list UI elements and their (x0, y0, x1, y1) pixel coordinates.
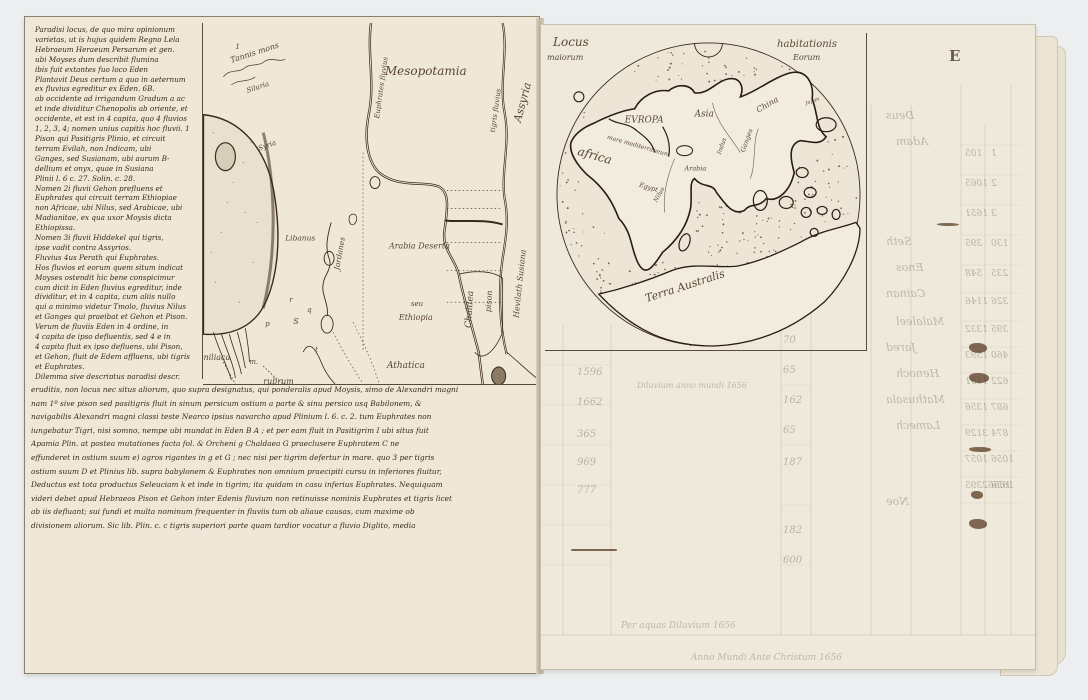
text-line: Fluvius 4us Perath qui Euphrates. (35, 253, 198, 263)
bleed-name: Adam (896, 135, 928, 148)
ink-line (571, 549, 617, 551)
text-line: 4 capita de ipso defluentis, sed 4 e in (35, 332, 198, 342)
ink-blot (969, 373, 989, 383)
svg-text:1: 1 (235, 43, 239, 51)
bleed-name: Deus (886, 109, 914, 122)
bleed-number: 1146 (965, 297, 988, 307)
svg-text:Hevilath Susiana: Hevilath Susiana (512, 249, 528, 320)
notebook-spread: Paradisi locus, de quo mira opinionumvar… (0, 0, 1088, 700)
text-line: Moyses ostendit hic bene conspicimur (35, 273, 198, 283)
bleed-number: 162 (783, 395, 802, 406)
ink-blot (969, 447, 991, 452)
bleed-number: 1332 (965, 325, 988, 335)
text-line: Madianitae, ex qua uxor Moysis dicta (35, 213, 198, 223)
bleed-name: Henoch (896, 367, 939, 380)
bleed-number: 1596 (577, 367, 602, 378)
svg-text:Siluria: Siluria (245, 80, 270, 95)
bleed-number: 395 (965, 239, 982, 249)
corner-label-maiorum: maiorum (547, 53, 583, 62)
side-text-column: Paradisi locus, de quo mira opinionumvar… (31, 23, 203, 379)
bleed-number: 1057 (965, 455, 988, 465)
ink-blot (971, 491, 983, 499)
bleed-name: Noe (886, 495, 909, 508)
text-line: ubi Moyses dum describit flumina (35, 55, 198, 65)
svg-text:pison: pison (484, 290, 494, 312)
world-map-drawing: EVROPA Asia africa mare mediterraneum Eg… (545, 33, 866, 350)
text-line: videri debet apud Hebraeos Pison et Geho… (31, 492, 533, 506)
text-line: Plantavit Deus certum a quo in aeternum (35, 75, 198, 85)
text-line: Apamia Plin. at postea mutationes facta … (31, 437, 533, 451)
svg-text:seu: seu (411, 300, 423, 308)
bleed-number: 1065 (965, 179, 988, 189)
svg-text:EVROPA: EVROPA (624, 116, 664, 126)
text-line: Ethiopissa. (35, 223, 198, 233)
bleed-number: 65 (783, 425, 796, 436)
bleed-number: 969 (577, 457, 596, 468)
text-line: Dilemma sive descriptus paradisi descr. (35, 372, 198, 379)
bleed-number: 777 (577, 485, 596, 496)
text-line: cum dicit in Eden fluvius egreditur, ind… (35, 283, 198, 293)
bleed-number: 1356 (965, 403, 988, 413)
text-line: ab iis defluant; sui fundi et multa nomi… (31, 505, 533, 519)
paradise-map: Tannis mons Siluria 1 Syria Libanus Jord… (203, 23, 537, 385)
svg-text:Asia: Asia (694, 110, 714, 120)
corner-label-eorum: Eorum (793, 53, 820, 62)
svg-text:Mesopotamia: Mesopotamia (384, 64, 467, 78)
text-line: dividitur, et in 4 capita, cum aliis nul… (35, 292, 198, 302)
bleed-name: Mathusala (886, 393, 945, 406)
bleed-number: 600 (783, 555, 802, 566)
text-line: et Euphrates. (35, 362, 198, 372)
bleed-number: 548 (965, 269, 982, 279)
text-line: ab occidente ad irrigandum Gradum a ac (35, 94, 198, 104)
world-map-frame: EVROPA Asia africa mare mediterraneum Eg… (545, 33, 867, 351)
text-line: Nomen 3i fluvii Hiddekel qui tigris, (35, 233, 198, 243)
bleed-number: 3 (991, 209, 997, 219)
corner-label-locus: Locus (553, 35, 589, 49)
bleed-number: 130 (991, 239, 1008, 249)
bleed-number: 365 (577, 429, 596, 440)
bleed-number: 1651 (965, 209, 988, 219)
text-line: nam 1º sive pison sed pasitigris fluit i… (31, 397, 533, 411)
svg-text:m.: m. (249, 358, 258, 366)
right-page: DeusAdamSethEnosCainanMalaleelJaredHenoc… (540, 24, 1036, 670)
bleed-number: 460 (991, 351, 1008, 361)
text-line: iungebatur Tigri, nisi somno, nempe ubi … (31, 424, 533, 438)
text-line: Verum de fluviis Eden in 4 ordine, in (35, 322, 198, 332)
text-line: dellium et onyx, quae in Susiana (35, 164, 198, 174)
bleed-name: Seth (886, 235, 912, 248)
bleed-number: 16562395 (965, 481, 1011, 491)
bleed-name: Jared (886, 341, 916, 354)
text-line: Nomen 2i fluvii Gehon prefluens et (35, 184, 198, 194)
text-line: Hos fluvios et eorum quem situm indicat (35, 263, 198, 273)
bleed-number: 1 (991, 149, 997, 159)
bleed-footer-1: Per aquas Diluvium 1656 (621, 621, 736, 631)
text-line: navigabilis Alexandri magni classi teste… (31, 410, 533, 424)
text-line: varietas, ut is hujus quidem Regno Lela (35, 35, 198, 45)
text-line: ipse vadit contra Assyrios. (35, 243, 198, 253)
text-line: eruditis, non locus nec situs aliorum, q… (31, 383, 533, 397)
bleed-number: 65 (783, 365, 796, 376)
svg-text:Arabia: Arabia (684, 165, 707, 173)
svg-text:S: S (293, 317, 299, 326)
svg-text:Chaldea: Chaldea (464, 290, 477, 328)
ink-blot (969, 343, 987, 353)
svg-text:niliaca: niliaca (203, 353, 230, 362)
svg-text:Assyria: Assyria (511, 81, 534, 125)
page-letter: E (949, 47, 960, 65)
text-line: Paradisi locus, de quo mira opinionum (35, 25, 198, 35)
paradise-map-drawing: Tannis mons Siluria 1 Syria Libanus Jord… (203, 23, 537, 384)
bleed-number: 326 (991, 297, 1008, 307)
text-line: terram Evilah, non Indicam, ubi (35, 144, 198, 154)
text-line: non Africae, ubi Nilus, sed Arabicae, ub… (35, 203, 198, 213)
svg-text:Libanus: Libanus (284, 233, 315, 242)
text-line: Deductus est tota productus Seleuciam k … (31, 478, 533, 492)
text-line: ex fluvius egreditur ex Eden. 6B. (35, 84, 198, 94)
svg-text:q: q (307, 306, 312, 314)
text-line: et inde dividitur Chenopolis ab oriente,… (35, 104, 198, 114)
text-line: occidente, et est in 4 capita, quo 4 flu… (35, 114, 198, 124)
ink-blot (937, 223, 959, 226)
ink-blot (969, 519, 987, 529)
svg-text:tigris fluvius: tigris fluvius (489, 88, 503, 133)
bleed-number: 1662 (577, 397, 602, 408)
svg-text:t: t (315, 346, 318, 354)
bleed-number: 3129 (965, 429, 988, 439)
text-line: Euphrates qui circuit terram Ethiopiae (35, 193, 198, 203)
text-line: Plinii l. 6 c. 27. Solin. c. 28. (35, 174, 198, 184)
bleed-text: Diluvium anno mundi 1656 (637, 381, 747, 390)
bleed-name: Enos (896, 261, 923, 274)
bleed-number: 187 (783, 457, 802, 468)
text-line: Ganges, sed Susianam, ubi aurum B- (35, 154, 198, 164)
text-line: et Ganges qui praeibat et Gehon et Pison… (35, 312, 198, 322)
text-line: 1, 2, 3, 4; nomen unius capitis hoc fluv… (35, 124, 198, 134)
text-line: et Gehon, fluit de Edem affluens, ubi ti… (35, 352, 198, 362)
text-line: ibis fuit extantes fuo loco Eden (35, 65, 198, 75)
bleed-name: Cainan (886, 287, 925, 300)
bleed-number: 622 (991, 377, 1008, 387)
bleed-number: 1056 (991, 455, 1014, 465)
text-line: 4 capita fluit ex ipso defluens, ubi Pis… (35, 342, 198, 352)
bleed-number: 2 (991, 179, 997, 189)
left-page: Paradisi locus, de quo mira opinionumvar… (24, 16, 540, 674)
bleed-number: 395 (991, 325, 1008, 335)
text-line: Pison qui Pasitigris Plinio, et circuit (35, 134, 198, 144)
corner-label-habitationis: habitationis (777, 39, 837, 50)
svg-text:Athatica: Athatica (386, 361, 425, 371)
text-line: divisionem aliorum. Sic lib. Plin. c. c … (31, 519, 533, 533)
svg-text:Ethiopia: Ethiopia (398, 313, 433, 322)
bleed-number: 182 (783, 525, 802, 536)
text-line: Hebraeum Heraeum Persarum et gen. (35, 45, 198, 55)
bleed-name: Malaleel (896, 315, 944, 328)
bleed-footer-2: Anno Mundi Ante Christum 1656 (691, 653, 842, 663)
text-line: ostium suum D et Plinius lib. supra baby… (31, 465, 533, 479)
svg-text:p: p (265, 320, 270, 328)
bleed-number: 105 (965, 149, 982, 159)
svg-text:r: r (289, 296, 293, 304)
bottom-text-block: eruditis, non locus nec situs aliorum, q… (31, 383, 533, 533)
bleed-number: 687 (991, 403, 1008, 413)
bleed-number: 874 (991, 429, 1008, 439)
bleed-number: 235 (991, 269, 1008, 279)
svg-text:Jordanes: Jordanes (332, 236, 347, 273)
svg-text:Arabia Deserta: Arabia Deserta (388, 241, 450, 250)
text-line: qui a minimo videtur Tmolo, fluvius Nilu… (35, 302, 198, 312)
bleed-name: Lamech (896, 419, 940, 432)
text-line: effunderet in ostium suum e) agros rigan… (31, 451, 533, 465)
